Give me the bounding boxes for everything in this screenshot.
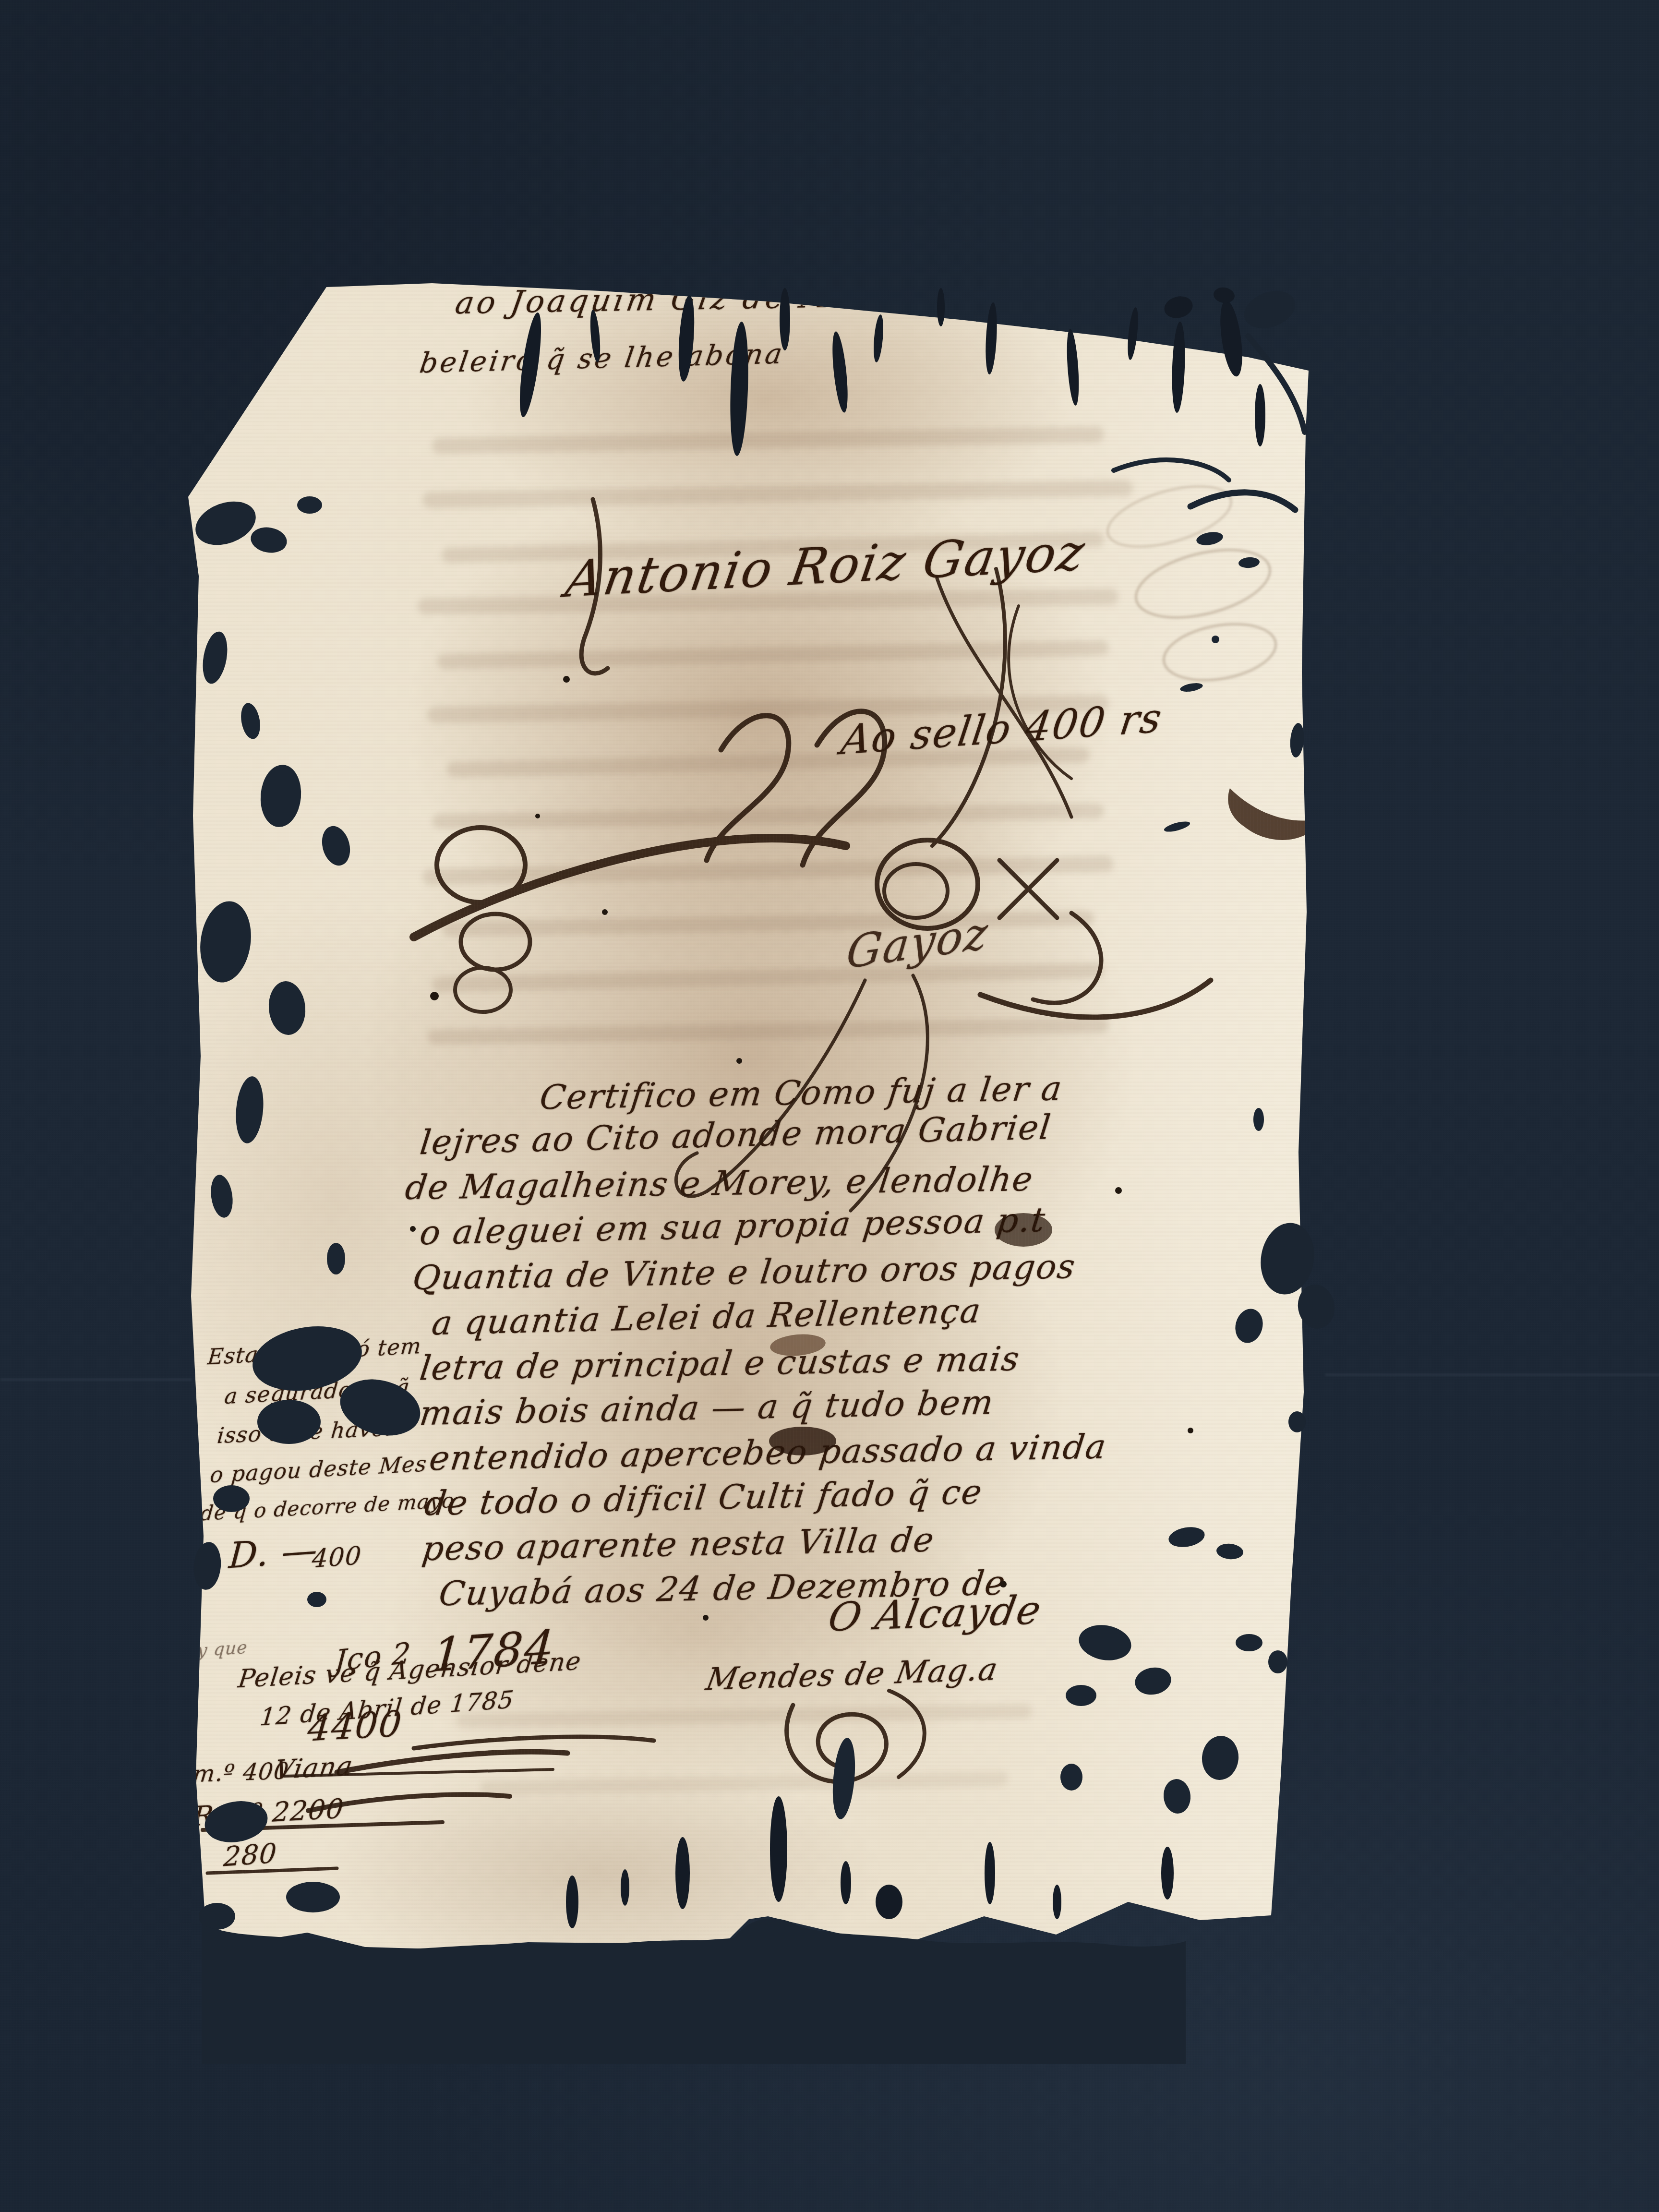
manuscript-photograph: ao Joaquim Glz de Moraes Escr. beleiro q… — [0, 0, 1659, 2212]
ink-damage-blots — [0, 0, 1659, 2212]
ink-dots — [410, 676, 1193, 1621]
